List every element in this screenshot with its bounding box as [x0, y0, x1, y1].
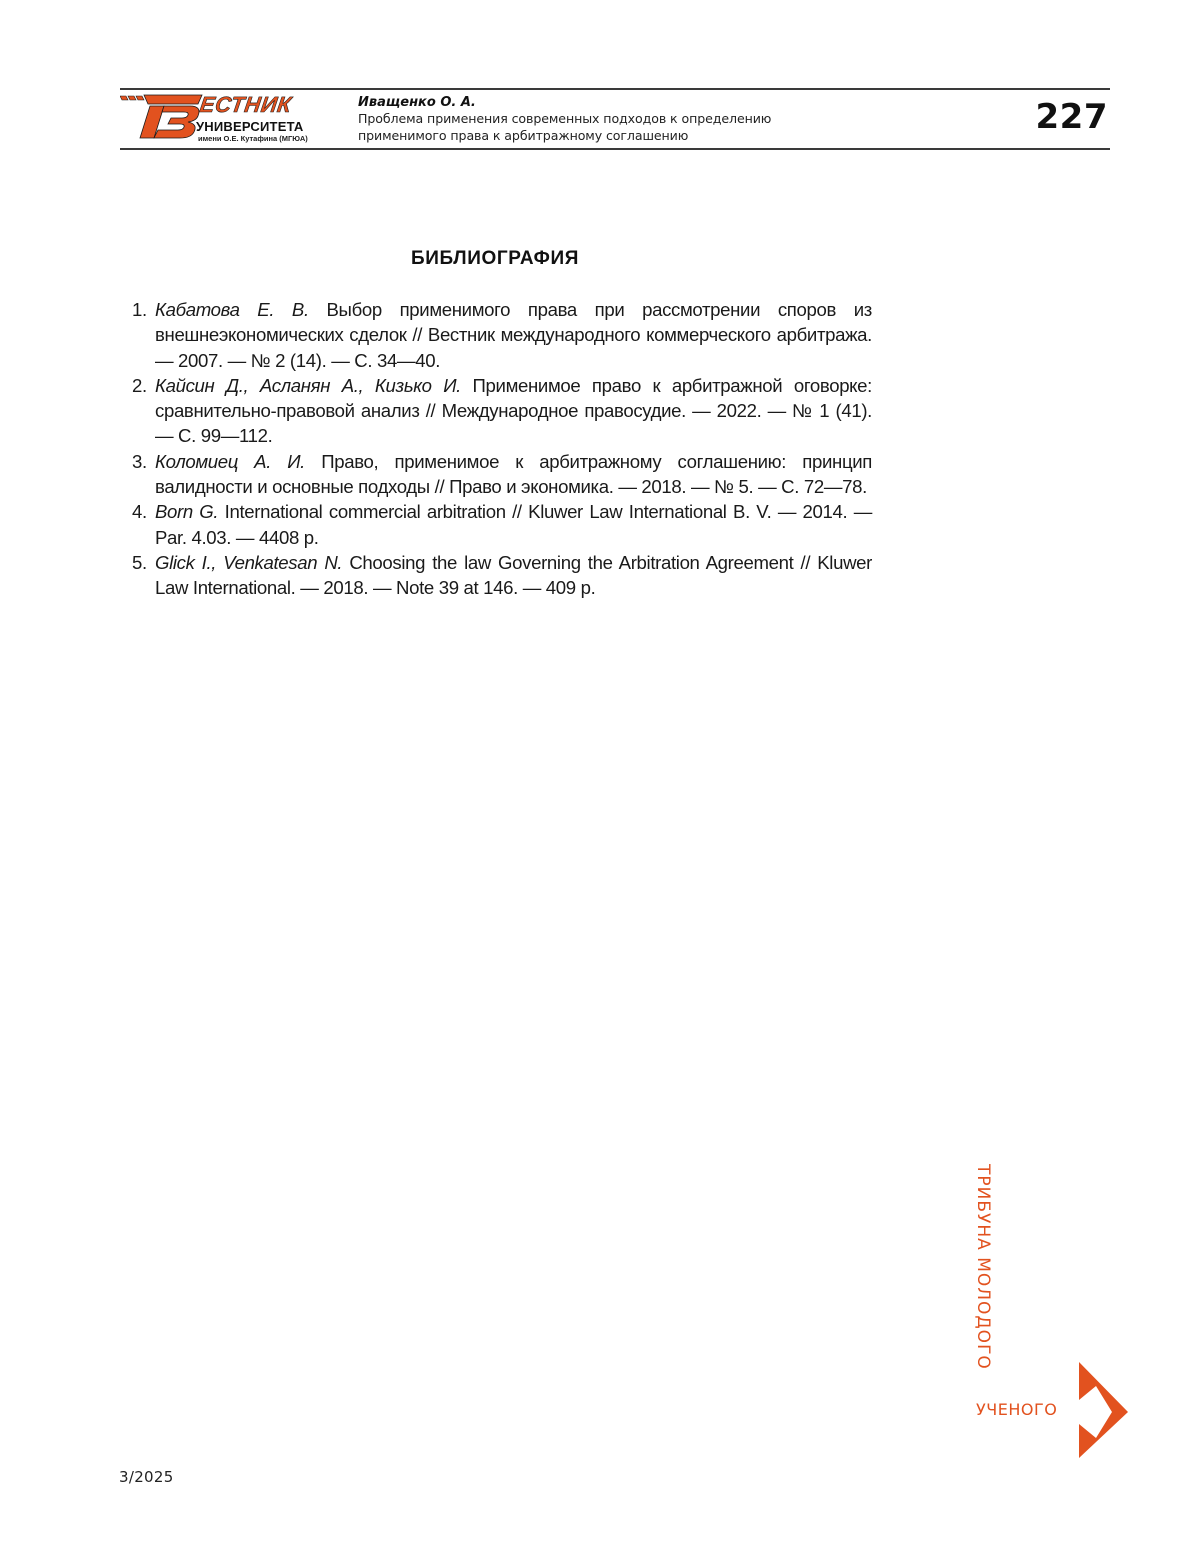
reference-text: International commercial arbitration // … — [155, 501, 872, 547]
running-header: ЕСТНИК УНИВЕРСИТЕТА имени О.Е. Кутафина … — [120, 88, 1110, 150]
reference-item: 4.Born G. International commercial arbit… — [132, 499, 872, 550]
reference-authors: Born G. — [155, 501, 218, 522]
reference-authors: Кайсин Д., Асланян А., Кизько И. — [155, 375, 461, 396]
reference-number: 3. — [132, 449, 147, 474]
section-rubric: ТРИБУНА МОЛОДОГО УЧЕНОГО — [940, 1150, 1140, 1470]
reference-number: 4. — [132, 499, 147, 524]
reference-authors: Кабатова Е. В. — [155, 299, 309, 320]
reference-authors: Коломиец А. И. — [155, 451, 305, 472]
reference-item: 5.Glick I., Venkatesan N. Choosing the l… — [132, 550, 872, 601]
rubric-label-vertical: ТРИБУНА МОЛОДОГО — [973, 1164, 993, 1370]
reference-item: 2.Кайсин Д., Асланян А., Кизько И. Приме… — [132, 373, 872, 449]
rubric-label-horizontal: УЧЕНОГО — [976, 1400, 1057, 1419]
bibliography-list: 1.Кабатова Е. В. Выбор применимого права… — [132, 297, 872, 601]
reference-item: 3.Коломиец А. И. Право, применимое к арб… — [132, 449, 872, 500]
section-heading: БИБЛИОГРАФИЯ — [120, 248, 870, 270]
article-meta: Иващенко О. А. Проблема применения совре… — [358, 94, 978, 144]
article-title-line-1: Проблема применения современных подходов… — [358, 111, 978, 128]
logo-title: ЕСТНИК — [198, 94, 292, 116]
logo-tagline: имени О.Е. Кутафина (МГЮА) — [198, 135, 308, 143]
article-title-line-2: применимого права к арбитражному соглаше… — [358, 128, 978, 145]
page-number: 227 — [1036, 98, 1108, 136]
header-rule-bottom — [120, 148, 1110, 150]
journal-logo: ЕСТНИК УНИВЕРСИТЕТА имени О.Е. Кутафина … — [120, 92, 320, 146]
reference-authors: Glick I., Venkatesan N. — [155, 552, 342, 573]
reference-number: 1. — [132, 297, 147, 322]
issue-number: 3/2025 — [119, 1468, 174, 1486]
reference-item: 1.Кабатова Е. В. Выбор применимого права… — [132, 297, 872, 373]
article-author: Иващенко О. А. — [358, 94, 978, 111]
arrow-right-icon — [1076, 1360, 1130, 1460]
header-rule-top — [120, 88, 1110, 90]
logo-subtitle: УНИВЕРСИТЕТА — [196, 120, 303, 133]
reference-number: 5. — [132, 550, 147, 575]
reference-number: 2. — [132, 373, 147, 398]
